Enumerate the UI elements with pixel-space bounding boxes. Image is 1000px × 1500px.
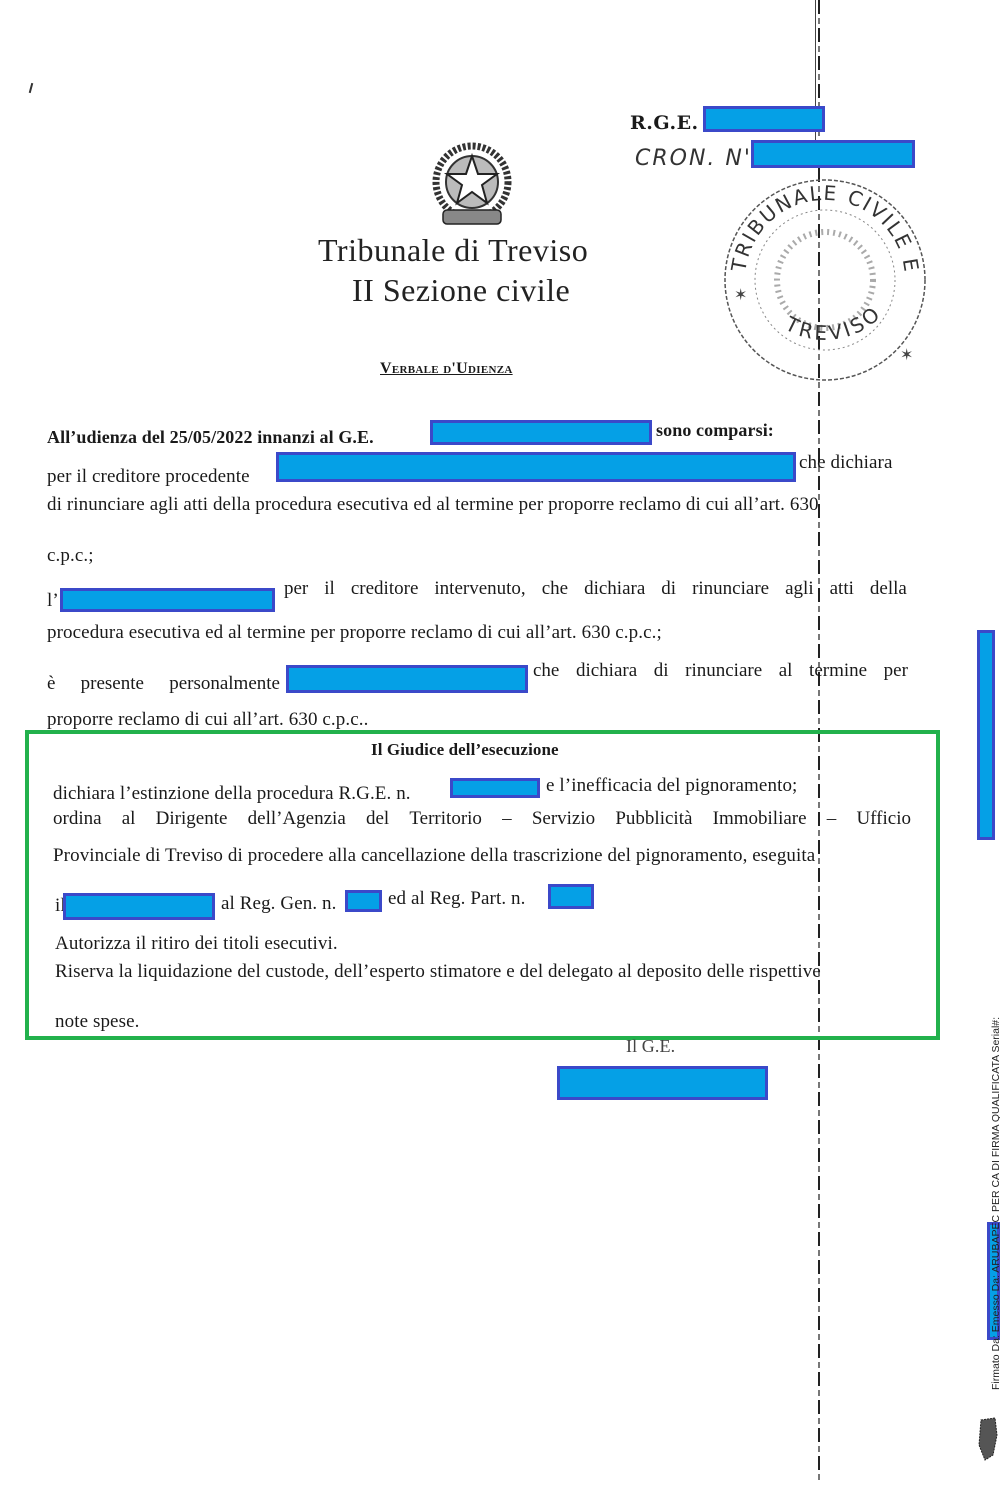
word: –	[827, 808, 837, 830]
word: di	[661, 578, 676, 600]
body-line-intervenuto: perilcreditoreintervenuto,chedichiaradir…	[284, 578, 907, 600]
word: Territorio	[409, 808, 482, 830]
word: è	[47, 673, 55, 695]
rge-label: R.G.E.	[630, 112, 699, 134]
word: termine	[809, 660, 867, 682]
scan-mark	[29, 83, 34, 93]
word: agli	[785, 578, 814, 600]
word: il	[324, 578, 335, 600]
word: personalmente	[169, 673, 280, 695]
word: rinunciare	[685, 660, 762, 682]
court-stamp: TRIBUNALE CIVILE E PENALE TREVISO ✶ ✶	[720, 175, 930, 385]
redacted-transcription-date	[63, 893, 215, 920]
word: per	[284, 578, 308, 600]
redacted-judge-signature	[557, 1066, 768, 1100]
decision-reg-gen: al Reg. Gen. n.	[221, 893, 336, 915]
signature-label: Il G.E.	[626, 1036, 675, 1057]
word: della	[870, 578, 907, 600]
court-section: II Sezione civile	[352, 272, 570, 309]
body-line-dichiara: che dichiara	[799, 452, 893, 474]
word: che	[542, 578, 568, 600]
word: intervenuto,	[434, 578, 525, 600]
body-line-presente-end: chedichiaradirinunciarealtermineper	[533, 660, 908, 682]
redacted-creditor-name	[276, 452, 796, 482]
decision-autorizza: Autorizza il ritiro dei titoli esecutivi…	[55, 933, 338, 955]
decision-provinciale: Provinciale di Treviso di procedere alla…	[53, 845, 815, 867]
decision-ordina: ordinaalDirigentedell’AgenziadelTerritor…	[53, 808, 911, 830]
decision-inefficacia: e l’inefficacia del pignoramento;	[546, 775, 797, 797]
word: Ufficio	[856, 808, 911, 830]
word: al	[779, 660, 793, 682]
redacted-rge-number	[703, 106, 825, 132]
svg-text:✶: ✶	[900, 347, 913, 364]
redacted-reg-gen-number	[345, 890, 382, 912]
word: al	[122, 808, 136, 830]
decision-heading: Il Giudice dell’esecuzione	[371, 740, 559, 760]
body-line-presente: èpresentepersonalmente	[47, 673, 280, 695]
word: presente	[81, 673, 144, 695]
word: Immobiliare	[713, 808, 807, 830]
word: ordina	[53, 808, 102, 830]
digital-signature-info: Firmato Da: Emesso Da: ARUBAPEC PER CA D…	[990, 1017, 1000, 1390]
decision-reg-part: ed al Reg. Part. n.	[388, 888, 526, 910]
italian-republic-emblem-icon	[425, 140, 520, 232]
decision-note-spese: note spese.	[55, 1011, 139, 1033]
svg-text:TREVISO: TREVISO	[781, 300, 887, 345]
word: per	[884, 660, 908, 682]
decision-estinzione: dichiara l’estinzione della procedura R.…	[53, 783, 411, 805]
hearing-intro: All’udienza del 25/05/2022 innanzi al G.…	[47, 427, 374, 448]
word: –	[502, 808, 512, 830]
redacted-judge-name	[430, 420, 652, 445]
word: creditore	[351, 578, 419, 600]
word: rinunciare	[692, 578, 769, 600]
redacted-cron-number	[751, 140, 915, 168]
word: del	[366, 808, 389, 830]
decision-riserva: Riserva la liquidazione del custode, del…	[55, 961, 821, 983]
digital-seal-icon	[975, 1415, 1000, 1465]
redacted-reg-part-number	[548, 884, 594, 909]
body-line-procedura: procedura esecutiva ed al termine per pr…	[47, 622, 662, 644]
word: dichiara	[576, 660, 637, 682]
svg-text:✶: ✶	[734, 287, 747, 304]
word: che	[533, 660, 559, 682]
body-line-intervenuto-prefix: l’	[47, 590, 59, 612]
body-line-procedente: per il creditore procedente	[47, 466, 250, 488]
word: dichiara	[584, 578, 645, 600]
redacted-debtor-name	[286, 665, 528, 693]
word: atti	[830, 578, 854, 600]
redacted-intervening-lawyer	[60, 588, 275, 612]
body-line-reclamo: proporre reclamo di cui all’art. 630 c.p…	[47, 709, 368, 731]
redacted-serial-number	[977, 630, 995, 840]
document-type-heading: Verbale d'Udienza	[380, 360, 513, 378]
redacted-rge-procedure-number	[450, 778, 540, 798]
court-title: Tribunale di Treviso	[318, 232, 588, 269]
word: Servizio	[532, 808, 595, 830]
decision-highlight-box	[25, 730, 940, 1040]
word: di	[654, 660, 669, 682]
hearing-intro-end: sono comparsi:	[656, 420, 774, 441]
cron-number-label: CRON. N'	[635, 146, 752, 171]
word: dell’Agenzia	[248, 808, 346, 830]
word: Dirigente	[156, 808, 228, 830]
body-line-rinunciare: di rinunciare agli atti della procedura …	[47, 494, 819, 516]
body-line-cpc: c.p.c.;	[47, 545, 94, 567]
word: Pubblicità	[615, 808, 692, 830]
